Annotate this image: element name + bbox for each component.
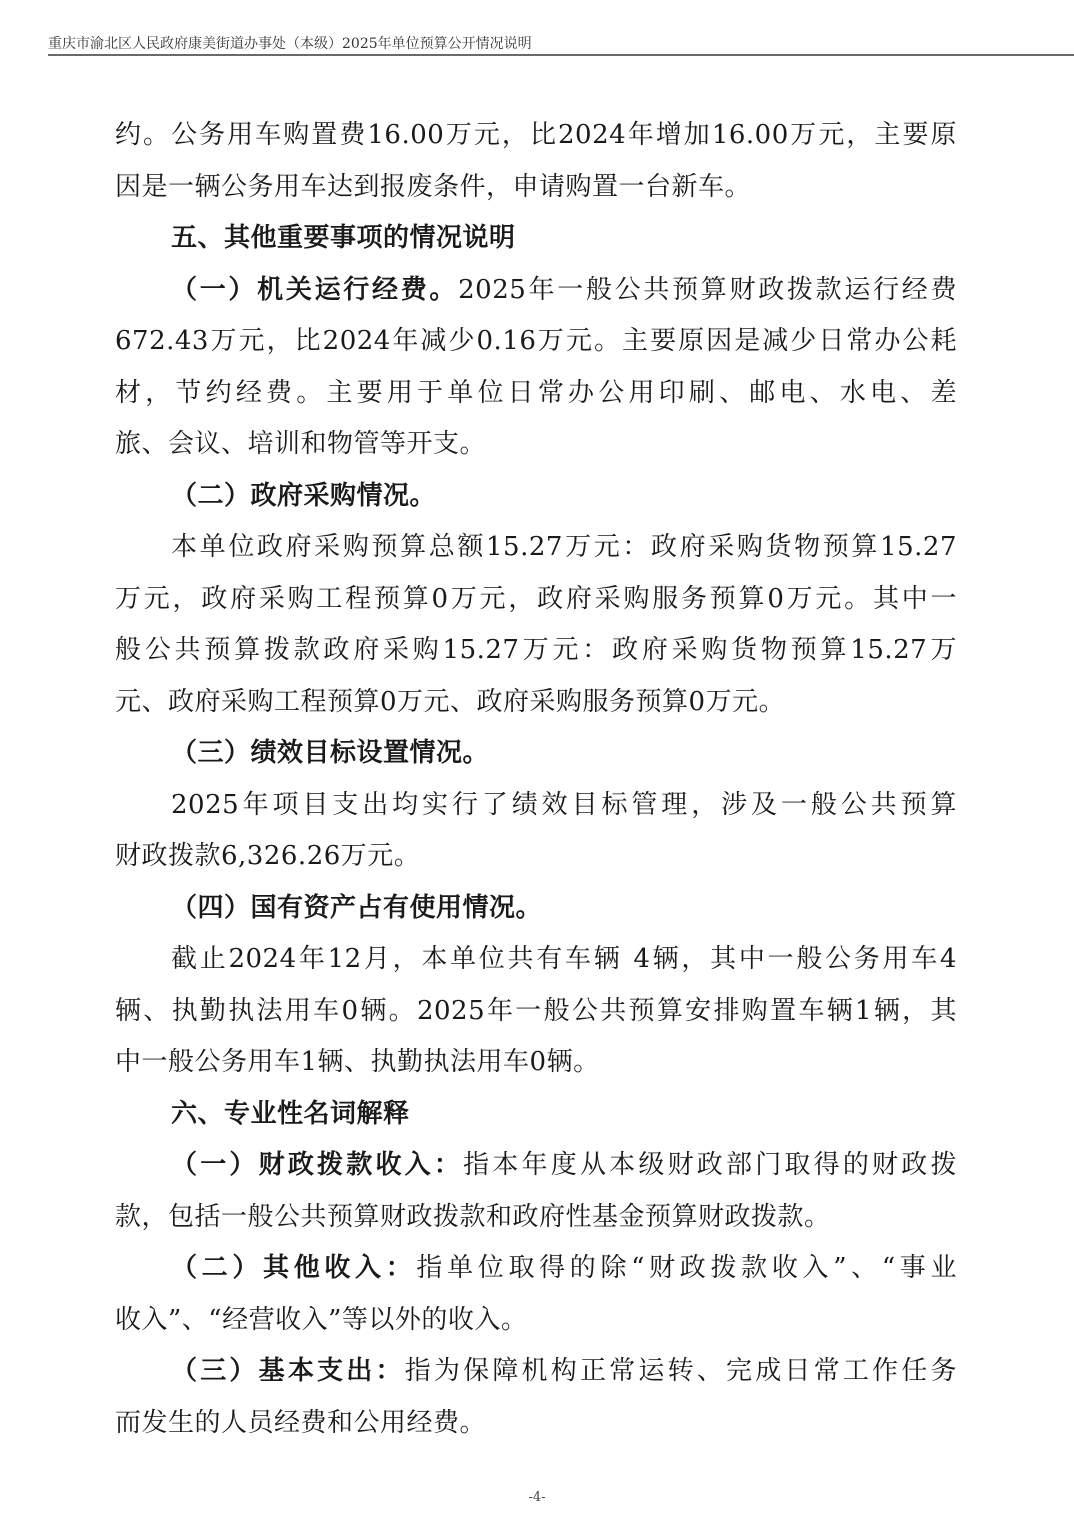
line-text: 元、政府采购工程预算0万元、政府采购服务预算0万元。 — [115, 687, 785, 717]
paragraph-line: 而发生的人员经费和公用经费。 — [115, 1398, 957, 1450]
line-text: 指为保障机构正常运转、完成日常工作任务 — [405, 1356, 957, 1386]
line-text: 般公共预算拨款政府采购15.27万元：政府采购货物预算15.27万 — [115, 635, 957, 665]
paragraph-line: 中一般公务用车1辆、执勤执法用车0辆。 — [115, 1037, 957, 1089]
paragraph-line: 般公共预算拨款政府采购15.27万元：政府采购货物预算15.27万 — [115, 625, 957, 677]
subsection-lead: （二）其他收入： — [171, 1253, 416, 1283]
heading-text: 六、专业性名词解释 — [171, 1099, 410, 1129]
paragraph-line: 旅、会议、培训和物管等开支。 — [115, 419, 957, 471]
paragraph-line: 收入”、“经营收入”等以外的收入。 — [115, 1295, 957, 1347]
line-text: 收入”、“经营收入”等以外的收入。 — [115, 1305, 527, 1335]
subsection-lead: （四）国有资产占有使用情况。 — [171, 893, 542, 923]
section-heading: 六、专业性名词解释 — [115, 1089, 957, 1141]
subsection-lead: （一）机关运行经费。 — [171, 275, 458, 305]
paragraph-line: 截止2024年12月，本单位共有车辆 4辆，其中一般公务用车4 — [115, 934, 957, 986]
paragraph-line: 材，节约经费。主要用于单位日常办公用印刷、邮电、水电、差 — [115, 368, 957, 420]
line-text: 指本年度从本级财政部门取得的财政拨 — [463, 1150, 957, 1180]
paragraph-line: （一）机关运行经费。2025年一般公共预算财政拨款运行经费 — [115, 265, 957, 317]
paragraph-line: 因是一辆公务用车达到报废条件，申请购置一台新车。 — [115, 162, 957, 214]
line-text: 材，节约经费。主要用于单位日常办公用印刷、邮电、水电、差 — [115, 378, 957, 408]
line-text: 旅、会议、培训和物管等开支。 — [115, 429, 486, 459]
section-heading: 五、其他重要事项的情况说明 — [115, 213, 957, 265]
paragraph-line: 672.43万元，比2024年减少0.16万元。主要原因是减少日常办公耗 — [115, 316, 957, 368]
subsection-lead: （三）基本支出： — [171, 1356, 405, 1386]
subsection-lead: （一）财政拨款收入： — [171, 1150, 463, 1180]
line-text: 中一般公务用车1辆、执勤执法用车0辆。 — [115, 1047, 600, 1077]
subsection-lead: （三）绩效目标设置情况。 — [171, 738, 489, 768]
line-text: 2025年项目支出均实行了绩效目标管理，涉及一般公共预算 — [171, 790, 957, 820]
heading-text: 五、其他重要事项的情况说明 — [171, 223, 516, 253]
page-number: -4- — [0, 1490, 1074, 1505]
paragraph-line: 2025年项目支出均实行了绩效目标管理，涉及一般公共预算 — [115, 780, 957, 832]
line-text: 辆、执勤执法用车0辆。2025年一般公共预算安排购置车辆1辆，其 — [115, 996, 957, 1026]
paragraph-line: 款，包括一般公共预算财政拨款和政府性基金预算财政拨款。 — [115, 1192, 957, 1244]
paragraph-line: （三）基本支出：指为保障机构正常运转、完成日常工作任务 — [115, 1346, 957, 1398]
document-body: 约。公务用车购置费16.00万元，比2024年增加16.00万元，主要原因是一辆… — [115, 110, 957, 1449]
paragraph-line: 财政拨款6,326.26万元。 — [115, 831, 957, 883]
paragraph-line: （二）政府采购情况。 — [115, 471, 957, 523]
paragraph-line: 万元，政府采购工程预算0万元，政府采购服务预算0万元。其中一 — [115, 574, 957, 626]
line-text: 本单位政府采购预算总额15.27万元：政府采购货物预算15.27 — [171, 532, 957, 562]
line-text: 672.43万元，比2024年减少0.16万元。主要原因是减少日常办公耗 — [115, 326, 957, 356]
paragraph-line: （四）国有资产占有使用情况。 — [115, 883, 957, 935]
line-text: 而发生的人员经费和公用经费。 — [115, 1408, 486, 1438]
paragraph-line: 本单位政府采购预算总额15.27万元：政府采购货物预算15.27 — [115, 522, 957, 574]
document-header-title: 重庆市渝北区人民政府康美街道办事处（本级）2025年单位预算公开情况说明 — [48, 33, 532, 53]
line-text: 财政拨款6,326.26万元。 — [115, 841, 420, 871]
line-text: 约。公务用车购置费16.00万元，比2024年增加16.00万元，主要原 — [115, 120, 957, 150]
line-text: 款，包括一般公共预算财政拨款和政府性基金预算财政拨款。 — [115, 1202, 831, 1232]
line-text: 因是一辆公务用车达到报废条件，申请购置一台新车。 — [115, 172, 751, 202]
paragraph-line: 辆、执勤执法用车0辆。2025年一般公共预算安排购置车辆1辆，其 — [115, 986, 957, 1038]
header-divider — [48, 54, 1074, 56]
paragraph-line: （三）绩效目标设置情况。 — [115, 728, 957, 780]
line-text: 2025年一般公共预算财政拨款运行经费 — [458, 275, 957, 305]
paragraph-line: 约。公务用车购置费16.00万元，比2024年增加16.00万元，主要原 — [115, 110, 957, 162]
paragraph-line: （二）其他收入：指单位取得的除“财政拨款收入”、“事业 — [115, 1243, 957, 1295]
line-text: 万元，政府采购工程预算0万元，政府采购服务预算0万元。其中一 — [115, 584, 957, 614]
line-text: 截止2024年12月，本单位共有车辆 4辆，其中一般公务用车4 — [171, 944, 957, 974]
paragraph-line: （一）财政拨款收入：指本年度从本级财政部门取得的财政拨 — [115, 1140, 957, 1192]
line-text: 指单位取得的除“财政拨款收入”、“事业 — [416, 1253, 957, 1283]
paragraph-line: 元、政府采购工程预算0万元、政府采购服务预算0万元。 — [115, 677, 957, 729]
subsection-lead: （二）政府采购情况。 — [171, 481, 436, 511]
